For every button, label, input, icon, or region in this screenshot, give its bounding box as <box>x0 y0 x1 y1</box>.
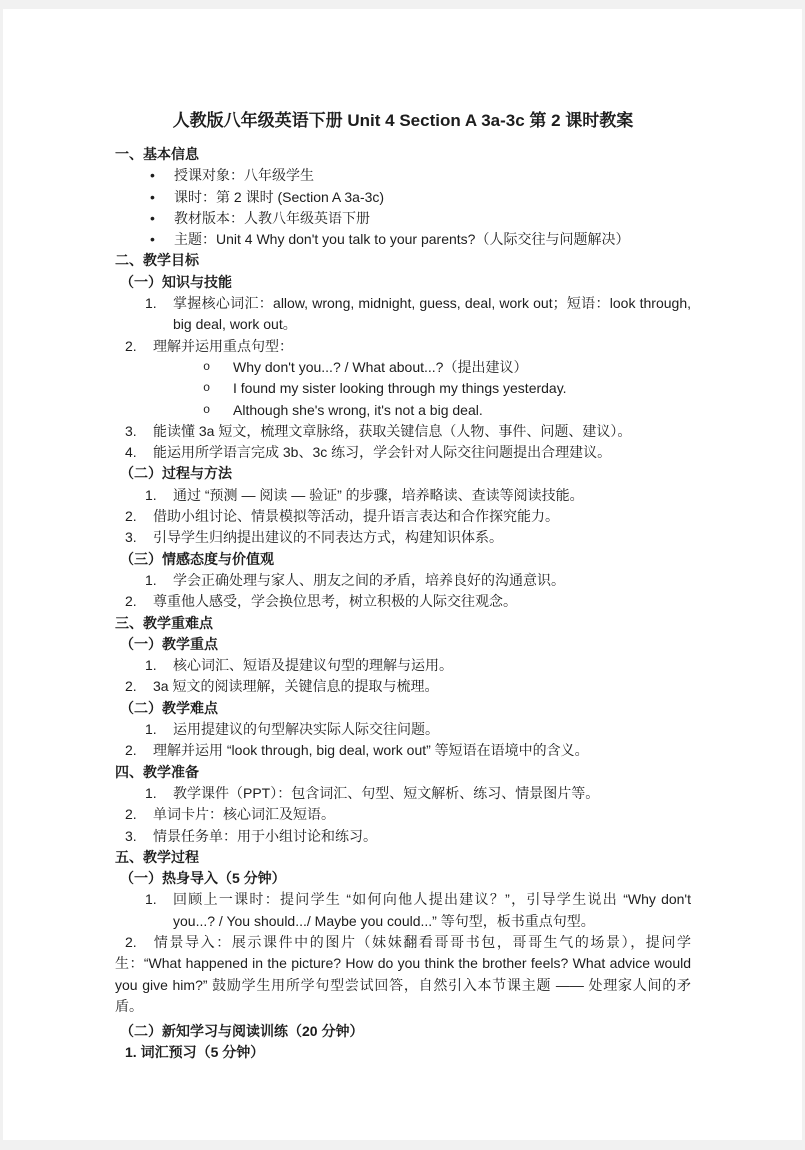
item-number: 2. <box>125 804 153 825</box>
numbered-item-text: 学会正确处理与家人、朋友之间的矛盾，培养良好的沟通意识。 <box>173 570 691 591</box>
numbered-item: 1. 回顾上一课时：提问学生 “如何向他人提出建议？”，引导学生说出 “Why … <box>115 889 691 932</box>
bullet-icon: • <box>150 165 174 186</box>
numbered-item-text: 回顾上一课时：提问学生 “如何向他人提出建议？”，引导学生说出 “Why don… <box>173 889 691 932</box>
heading-teaching-objectives: 二、教学目标 <box>115 250 691 271</box>
heading-basic-info: 一、基本信息 <box>115 144 691 165</box>
item-number: 2. <box>125 336 153 357</box>
heading-key-difficult-points: 三、教学重难点 <box>115 613 691 634</box>
item-number: 4. <box>125 442 153 463</box>
subheading-difficult-points: （二）教学难点 <box>115 698 691 719</box>
item-number: 1. <box>145 293 173 336</box>
numbered-item: 3. 能读懂 3a 短文，梳理文章脉络，获取关键信息（人物、事件、问题、建议）。 <box>115 421 691 442</box>
numbered-item-text: 引导学生归纳提出建议的不同表达方式，构建知识体系。 <box>153 527 691 548</box>
numbered-item: 1. 学会正确处理与家人、朋友之间的矛盾，培养良好的沟通意识。 <box>115 570 691 591</box>
numbered-item: 1. 通过 “预测 — 阅读 — 验证” 的步骤，培养略读、查读等阅读技能。 <box>115 485 691 506</box>
circle-bullet-icon: o <box>203 400 233 421</box>
sub-bullet-item: o Why don't you...? / What about...?（提出建… <box>115 357 691 378</box>
doc-title: 人教版八年级英语下册 Unit 4 Section A 3a-3c 第 2 课时… <box>115 109 691 132</box>
numbered-item: 2. 单词卡片：核心词汇及短语。 <box>115 804 691 825</box>
numbered-item-text: 核心词汇、短语及提建议句型的理解与运用。 <box>173 655 691 676</box>
numbered-item-text: 能运用所学语言完成 3b、3c 练习，学会针对人际交往问题提出合理建议。 <box>153 442 691 463</box>
sub-bullet-text: Although she's wrong, it's not a big dea… <box>233 400 691 421</box>
bullet-item-topic: • 主题：Unit 4 Why don't you talk to your p… <box>115 229 691 250</box>
numbered-item-text: 尊重他人感受，学会换位思考，树立积极的人际交往观念。 <box>153 591 691 612</box>
numbered-item: 1. 运用提建议的句型解决实际人际交往问题。 <box>115 719 691 740</box>
sub-bullet-text: I found my sister looking through my thi… <box>233 378 691 399</box>
subheading-emotion-values: （三）情感态度与价值观 <box>115 549 691 570</box>
subheading-knowledge-skills: （一）知识与技能 <box>115 272 691 293</box>
sub-bullet-item: o I found my sister looking through my t… <box>115 378 691 399</box>
bullet-item-text: 课时：第 2 课时 (Section A 3a-3c) <box>174 187 691 208</box>
numbered-item-text: 运用提建议的句型解决实际人际交往问题。 <box>173 719 691 740</box>
numbered-item-text: 理解并运用重点句型： <box>153 336 691 357</box>
item-number: 3. <box>125 527 153 548</box>
bullet-icon: • <box>150 208 174 229</box>
subheading-new-learning-reading: （二）新知学习与阅读训练（20 分钟） <box>115 1021 691 1042</box>
numbered-item-text: 3a 短文的阅读理解，关键信息的提取与梳理。 <box>153 676 691 697</box>
circle-bullet-icon: o <box>203 357 233 378</box>
numbered-item-text: 情景任务单：用于小组讨论和练习。 <box>153 826 691 847</box>
item-number: 1. <box>145 655 173 676</box>
numbered-item: 4. 能运用所学语言完成 3b、3c 练习，学会针对人际交往问题提出合理建议。 <box>115 442 691 463</box>
numbered-item: 2. 理解并运用重点句型： <box>115 336 691 357</box>
numbered-item: 1. 核心词汇、短语及提建议句型的理解与运用。 <box>115 655 691 676</box>
numbered-item: 3. 情景任务单：用于小组讨论和练习。 <box>115 826 691 847</box>
heading-teaching-preparation: 四、教学准备 <box>115 762 691 783</box>
numbered-item-text: 掌握核心词汇：allow, wrong, midnight, guess, de… <box>173 293 691 336</box>
bold-item-vocabulary-preview: 1. 词汇预习（5 分钟） <box>115 1042 691 1063</box>
numbered-item-text: 单词卡片：核心词汇及短语。 <box>153 804 691 825</box>
item-number: 1. <box>145 485 173 506</box>
sub-bullet-text: Why don't you...? / What about...?（提出建议） <box>233 357 691 378</box>
numbered-item: 2. 尊重他人感受，学会换位思考，树立积极的人际交往观念。 <box>115 591 691 612</box>
numbered-item: 3. 引导学生归纳提出建议的不同表达方式，构建知识体系。 <box>115 527 691 548</box>
circle-bullet-icon: o <box>203 378 233 399</box>
item-number: 1. <box>145 889 173 932</box>
subheading-key-points: （一）教学重点 <box>115 634 691 655</box>
item-number: 2. <box>125 740 153 761</box>
numbered-item-text: 借助小组讨论、情景模拟等活动，提升语言表达和合作探究能力。 <box>153 506 691 527</box>
numbered-item-text: 通过 “预测 — 阅读 — 验证” 的步骤，培养略读、查读等阅读技能。 <box>173 485 691 506</box>
numbered-item-text: 能读懂 3a 短文，梳理文章脉络，获取关键信息（人物、事件、问题、建议）。 <box>153 421 691 442</box>
item-number: 1. <box>145 719 173 740</box>
item-number: 2. <box>125 591 153 612</box>
bullet-item-period: • 课时：第 2 课时 (Section A 3a-3c) <box>115 187 691 208</box>
subheading-process-methods: （二）过程与方法 <box>115 463 691 484</box>
bullet-icon: • <box>150 229 174 250</box>
bullet-item-text: 授课对象：八年级学生 <box>174 165 691 186</box>
item-number: 1. <box>145 570 173 591</box>
document-page: 人教版八年级英语下册 Unit 4 Section A 3a-3c 第 2 课时… <box>3 9 802 1140</box>
paragraph-scenario-leadin: 2. 情景导入：展示课件中的图片（妹妹翻看哥哥书包，哥哥生气的场景），提问学生：… <box>115 932 691 1017</box>
item-number: 2. <box>125 506 153 527</box>
bullet-icon: • <box>150 187 174 208</box>
item-number: 3. <box>125 826 153 847</box>
numbered-item: 2. 3a 短文的阅读理解，关键信息的提取与梳理。 <box>115 676 691 697</box>
bullet-item-audience: • 授课对象：八年级学生 <box>115 165 691 186</box>
item-number: 1. <box>145 783 173 804</box>
item-number: 3. <box>125 421 153 442</box>
subheading-warmup-leadin: （一）热身导入（5 分钟） <box>115 868 691 889</box>
bullet-item-textbook: • 教材版本：人教八年级英语下册 <box>115 208 691 229</box>
numbered-item-text: 教学课件（PPT）：包含词汇、句型、短文解析、练习、情景图片等。 <box>173 783 691 804</box>
numbered-item: 1. 掌握核心词汇：allow, wrong, midnight, guess,… <box>115 293 691 336</box>
numbered-item: 2. 理解并运用 “look through, big deal, work o… <box>115 740 691 761</box>
item-number: 2. <box>125 676 153 697</box>
heading-teaching-process: 五、教学过程 <box>115 847 691 868</box>
numbered-item: 2. 借助小组讨论、情景模拟等活动，提升语言表达和合作探究能力。 <box>115 506 691 527</box>
bullet-item-text: 教材版本：人教八年级英语下册 <box>174 208 691 229</box>
numbered-item-text: 理解并运用 “look through, big deal, work out”… <box>153 740 691 761</box>
numbered-item: 1. 教学课件（PPT）：包含词汇、句型、短文解析、练习、情景图片等。 <box>115 783 691 804</box>
bullet-item-text: 主题：Unit 4 Why don't you talk to your par… <box>174 229 691 250</box>
sub-bullet-item: o Although she's wrong, it's not a big d… <box>115 400 691 421</box>
